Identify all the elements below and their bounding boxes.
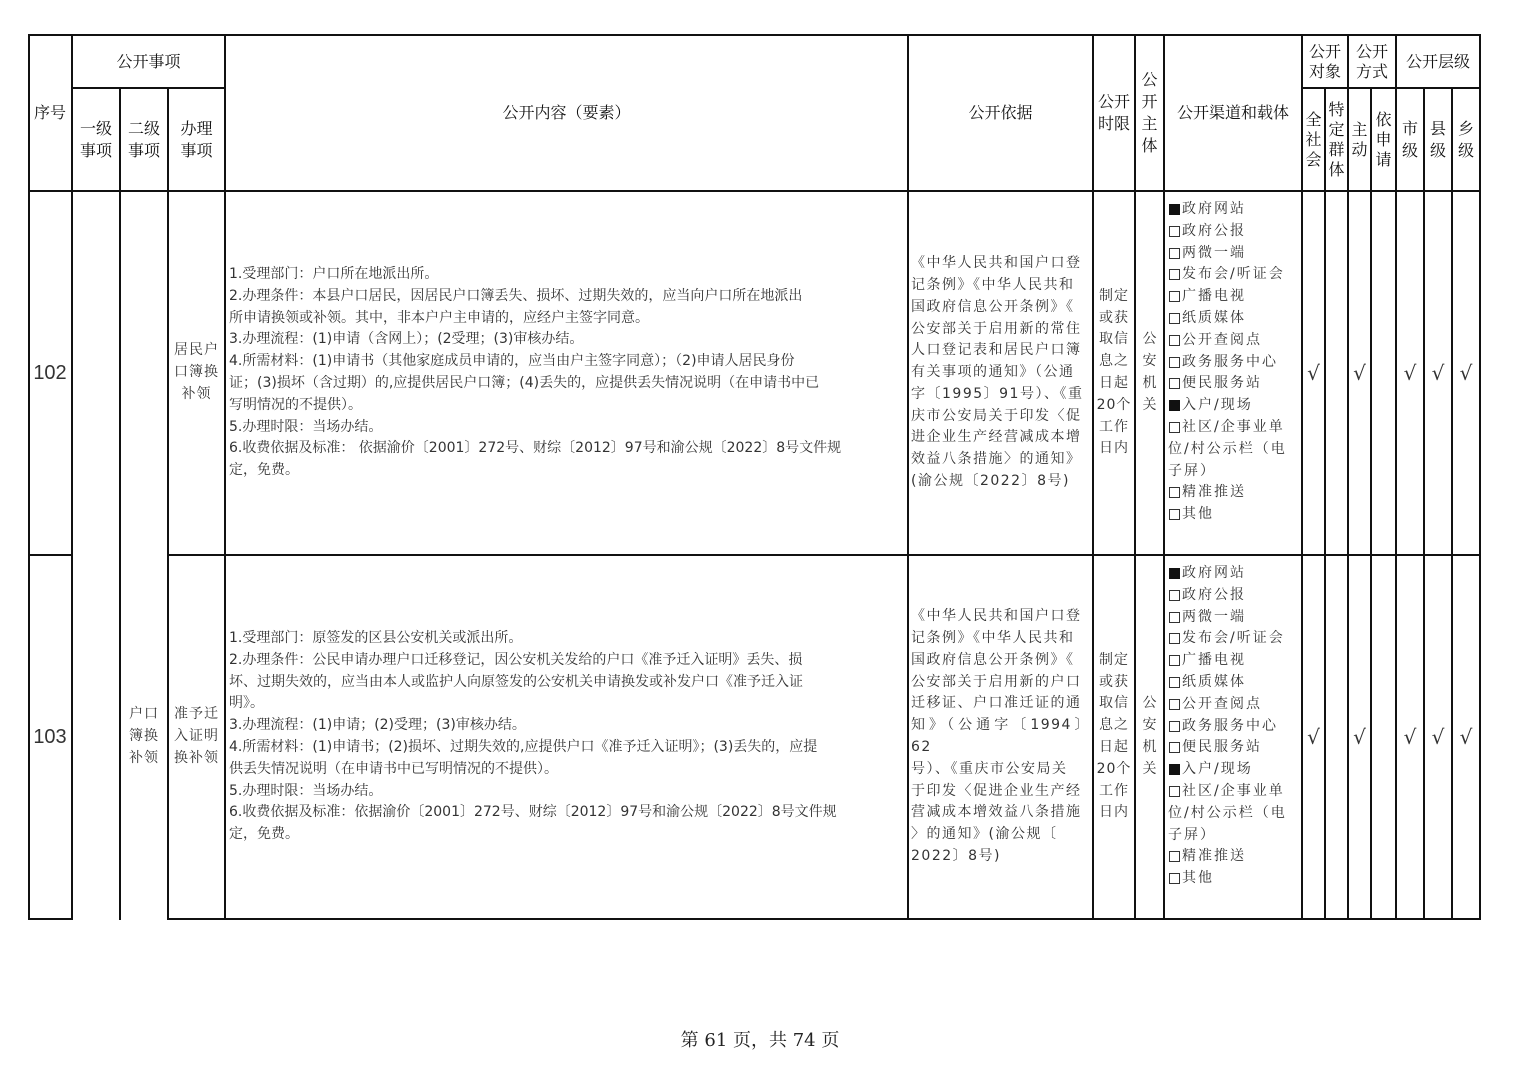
row-target-all: √ bbox=[1302, 555, 1325, 919]
checkbox-empty-icon bbox=[1169, 269, 1180, 280]
grid-line bbox=[1301, 35, 1303, 920]
channel-item: 便民服务站 bbox=[1168, 373, 1262, 395]
channel-label: 公开查阅点 bbox=[1182, 694, 1262, 716]
row-level-county: √ bbox=[1424, 191, 1452, 555]
row-content: 1.受理部门：户口所在地派出所。 2.办理条件：本县户口居民，因居民户口簿丢失、… bbox=[225, 191, 908, 555]
channel-label: 政府网站 bbox=[1182, 199, 1246, 221]
grid-line bbox=[168, 554, 1481, 556]
row-content: 1.受理部门：原签发的区县公安机关或派出所。 2.办理条件：公民申请办理户口迁移… bbox=[225, 555, 908, 919]
channel-label: 入户/现场 bbox=[1182, 395, 1253, 417]
header-level1: 一级 事项 bbox=[72, 88, 120, 191]
header-handle: 办理 事项 bbox=[168, 88, 225, 191]
header-time-limit: 公开 时限 bbox=[1093, 35, 1135, 191]
grid-line bbox=[28, 34, 1481, 36]
channel-item: 政府网站 bbox=[1168, 563, 1246, 585]
channel-item: 发布会/听证会 bbox=[1168, 628, 1285, 650]
channel-label: 发布会/听证会 bbox=[1182, 628, 1285, 650]
row-handle: 居民户 口簿换 补领 bbox=[168, 191, 225, 555]
header-target-all: 全 社 会 bbox=[1302, 88, 1325, 191]
grid-line bbox=[1092, 35, 1094, 920]
checkbox-empty-icon bbox=[1169, 226, 1180, 237]
checkbox-empty-icon bbox=[1169, 742, 1180, 753]
channel-item: 公开查阅点 bbox=[1168, 694, 1262, 716]
checkbox-empty-icon bbox=[1169, 487, 1180, 498]
channel-label: 社区/企事业单 位/村公示栏（电 子屏） bbox=[1168, 783, 1287, 843]
checkbox-checked-icon bbox=[1169, 568, 1180, 579]
row-level-city: √ bbox=[1396, 555, 1424, 919]
checkbox-checked-icon bbox=[1169, 204, 1180, 215]
channel-item: 公开查阅点 bbox=[1168, 330, 1262, 352]
channel-item: 精准推送 bbox=[1168, 846, 1246, 868]
channel-item: 广播电视 bbox=[1168, 286, 1246, 308]
grid-line bbox=[1324, 88, 1326, 920]
header-seq: 序号 bbox=[28, 35, 72, 191]
row-channels: 政府网站 政府公报 两微一端 发布会/听证会 广播电视 纸质媒体 公开查阅点 政… bbox=[1164, 555, 1302, 919]
channel-item: 社区/企事业单 位/村公示栏（电 子屏） bbox=[1168, 781, 1287, 846]
row-target-all: √ bbox=[1302, 191, 1325, 555]
checkbox-checked-icon bbox=[1169, 400, 1180, 411]
channel-item: 入户/现场 bbox=[1168, 759, 1253, 781]
channel-item: 政府公报 bbox=[1168, 585, 1246, 607]
grid-line bbox=[1370, 88, 1372, 920]
channel-label: 其他 bbox=[1182, 868, 1214, 890]
checkbox-empty-icon bbox=[1169, 612, 1180, 623]
checkbox-empty-icon bbox=[1169, 335, 1180, 346]
row-method-active: √ bbox=[1348, 191, 1371, 555]
header-target: 公开 对象 bbox=[1302, 35, 1348, 88]
checkbox-empty-icon bbox=[1169, 677, 1180, 688]
checkbox-empty-icon bbox=[1169, 313, 1180, 324]
channel-label: 政府网站 bbox=[1182, 563, 1246, 585]
header-method: 公开 方式 bbox=[1348, 35, 1396, 88]
grid-line bbox=[28, 190, 1481, 192]
checkbox-empty-icon bbox=[1169, 851, 1180, 862]
channel-label: 政务服务中心 bbox=[1182, 716, 1278, 738]
channel-label: 广播电视 bbox=[1182, 650, 1246, 672]
grid-line bbox=[168, 918, 1481, 920]
row-handle: 准予迁 入证明 换补领 bbox=[168, 555, 225, 919]
row-level-town: √ bbox=[1452, 191, 1480, 555]
channel-item: 政府公报 bbox=[1168, 221, 1246, 243]
channel-item: 便民服务站 bbox=[1168, 737, 1262, 759]
grid-line bbox=[224, 35, 226, 920]
channel-item: 其他 bbox=[1168, 868, 1214, 890]
header-level-town: 乡 级 bbox=[1452, 88, 1480, 191]
channel-item: 其他 bbox=[1168, 504, 1214, 526]
header-method-request: 依 申 请 bbox=[1371, 88, 1396, 191]
channel-label: 广播电视 bbox=[1182, 286, 1246, 308]
grid-line bbox=[28, 35, 30, 920]
header-public-matter: 公开事项 bbox=[72, 35, 225, 88]
row-method-active: √ bbox=[1348, 555, 1371, 919]
grid-line bbox=[1479, 35, 1481, 920]
channel-label: 精准推送 bbox=[1182, 846, 1246, 868]
header-level-city: 市 级 bbox=[1396, 88, 1424, 191]
header-channels: 公开渠道和载体 bbox=[1164, 35, 1302, 191]
channel-label: 两微一端 bbox=[1182, 243, 1246, 265]
checkbox-empty-icon bbox=[1169, 291, 1180, 302]
checkbox-empty-icon bbox=[1169, 422, 1180, 433]
channel-item: 政务服务中心 bbox=[1168, 352, 1278, 374]
grid-line bbox=[1347, 35, 1349, 920]
checkbox-empty-icon bbox=[1169, 786, 1180, 797]
checkbox-empty-icon bbox=[1169, 357, 1180, 368]
grid-line bbox=[1395, 35, 1397, 920]
checkbox-empty-icon bbox=[1169, 655, 1180, 666]
row-level-county: √ bbox=[1424, 555, 1452, 919]
grid-line bbox=[28, 554, 72, 556]
channel-label: 两微一端 bbox=[1182, 607, 1246, 629]
checkbox-empty-icon bbox=[1169, 699, 1180, 710]
row-method-request bbox=[1371, 191, 1396, 555]
row-basis: 《中华人民共和国户口登 记条例》《中华人民共和 国政府信息公开条例》《 公安部关… bbox=[908, 191, 1093, 555]
row-subject: 公 安 机 关 bbox=[1135, 191, 1164, 555]
checkbox-empty-icon bbox=[1169, 633, 1180, 644]
checkbox-empty-icon bbox=[1169, 378, 1180, 389]
header-level-county: 县 级 bbox=[1424, 88, 1452, 191]
channel-label: 政府公报 bbox=[1182, 585, 1246, 607]
grid-line bbox=[71, 35, 73, 920]
channel-item: 社区/企事业单 位/村公示栏（电 子屏） bbox=[1168, 417, 1287, 482]
header-method-active: 主 动 bbox=[1348, 88, 1371, 191]
channel-item: 政务服务中心 bbox=[1168, 716, 1278, 738]
row-level-city: √ bbox=[1396, 191, 1424, 555]
checkbox-empty-icon bbox=[1169, 590, 1180, 601]
grid-line bbox=[72, 87, 225, 89]
header-subject: 公 开 主 体 bbox=[1135, 35, 1164, 191]
header-level: 公开层级 bbox=[1396, 35, 1480, 88]
checkbox-empty-icon bbox=[1169, 721, 1180, 732]
channel-item: 精准推送 bbox=[1168, 482, 1246, 504]
row-subject: 公 安 机 关 bbox=[1135, 555, 1164, 919]
channel-item: 纸质媒体 bbox=[1168, 308, 1246, 330]
row-seq: 102 bbox=[28, 191, 72, 555]
header-level2: 二级 事项 bbox=[120, 88, 168, 191]
checkbox-empty-icon bbox=[1169, 873, 1180, 884]
grid-line bbox=[28, 918, 72, 920]
grid-line bbox=[1302, 87, 1481, 89]
row-target-specific bbox=[1325, 555, 1348, 919]
channel-item: 两微一端 bbox=[1168, 607, 1246, 629]
row-channels: 政府网站 政府公报 两微一端 发布会/听证会 广播电视 纸质媒体 公开查阅点 政… bbox=[1164, 191, 1302, 555]
channel-item: 政府网站 bbox=[1168, 199, 1246, 221]
row-level2: 户口 簿换 补领 bbox=[120, 555, 168, 919]
row-basis: 《中华人民共和国户口登 记条例》《中华人民共和 国政府信息公开条例》《 公安部关… bbox=[908, 555, 1093, 919]
channel-label: 便民服务站 bbox=[1182, 737, 1262, 759]
checkbox-checked-icon bbox=[1169, 764, 1180, 775]
channel-label: 便民服务站 bbox=[1182, 373, 1262, 395]
channel-label: 政务服务中心 bbox=[1182, 352, 1278, 374]
channel-item: 广播电视 bbox=[1168, 650, 1246, 672]
channel-item: 入户/现场 bbox=[1168, 395, 1253, 417]
channel-label: 入户/现场 bbox=[1182, 759, 1253, 781]
grid-line bbox=[907, 35, 909, 920]
grid-line bbox=[1423, 88, 1425, 920]
channel-label: 社区/企事业单 位/村公示栏（电 子屏） bbox=[1168, 419, 1287, 479]
channel-label: 其他 bbox=[1182, 504, 1214, 526]
row-level-town: √ bbox=[1452, 555, 1480, 919]
checkbox-empty-icon bbox=[1169, 248, 1180, 259]
grid-line bbox=[1163, 35, 1165, 920]
grid-line bbox=[1451, 88, 1453, 920]
channel-item: 两微一端 bbox=[1168, 243, 1246, 265]
page-number: 第 61 页，共 74 页 bbox=[0, 1026, 1520, 1052]
checkbox-empty-icon bbox=[1169, 509, 1180, 520]
grid-line bbox=[167, 88, 169, 920]
row-target-specific bbox=[1325, 191, 1348, 555]
row-seq: 103 bbox=[28, 555, 72, 919]
channel-item: 纸质媒体 bbox=[1168, 672, 1246, 694]
row-time-limit: 制定 或获 取信 息之 日起 20个 工作 日内 bbox=[1093, 191, 1135, 555]
grid-line bbox=[1134, 35, 1136, 920]
channel-label: 公开查阅点 bbox=[1182, 330, 1262, 352]
channel-item: 发布会/听证会 bbox=[1168, 264, 1285, 286]
row-method-request bbox=[1371, 555, 1396, 919]
channel-label: 发布会/听证会 bbox=[1182, 264, 1285, 286]
row-time-limit: 制定 或获 取信 息之 日起 20个 工作 日内 bbox=[1093, 555, 1135, 919]
channel-label: 纸质媒体 bbox=[1182, 308, 1246, 330]
header-basis: 公开依据 bbox=[908, 35, 1093, 191]
header-target-specific: 特 定 群 体 bbox=[1325, 88, 1348, 191]
channel-label: 纸质媒体 bbox=[1182, 672, 1246, 694]
header-content: 公开内容（要素） bbox=[225, 35, 908, 191]
channel-label: 政府公报 bbox=[1182, 221, 1246, 243]
grid-line bbox=[119, 88, 121, 920]
channel-label: 精准推送 bbox=[1182, 482, 1246, 504]
